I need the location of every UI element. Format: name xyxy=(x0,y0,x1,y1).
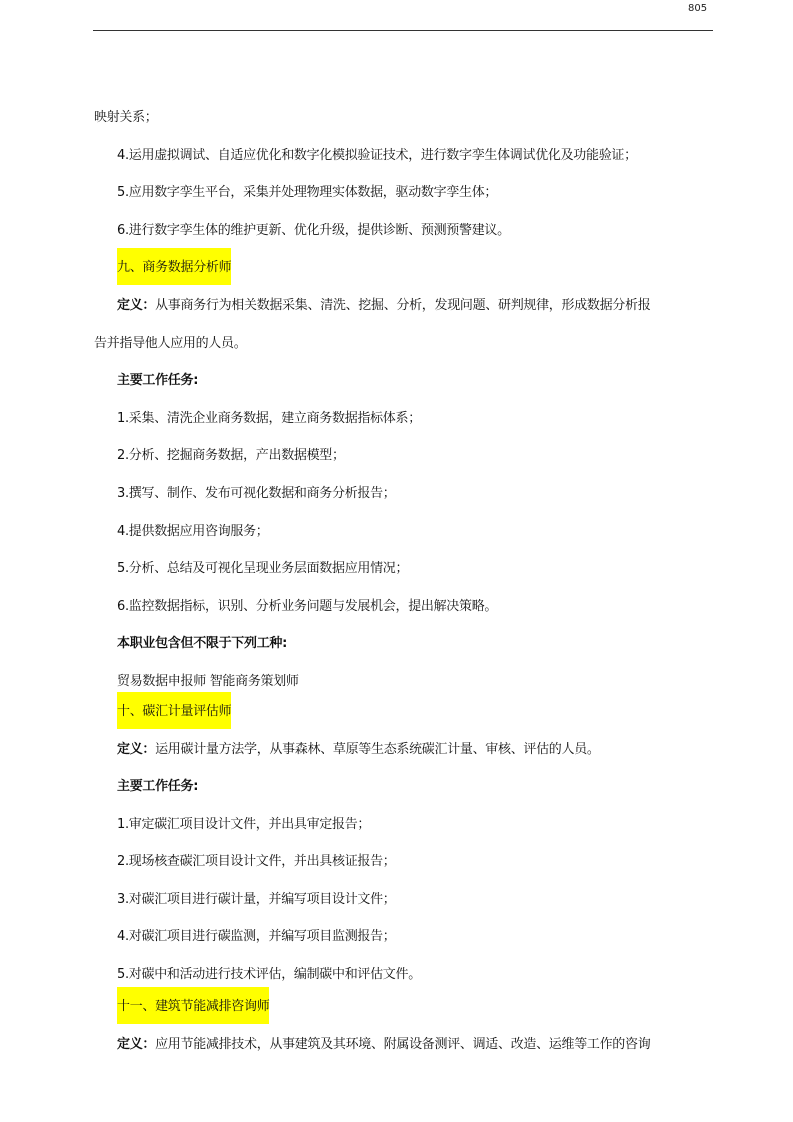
section9-task: 3.撰写、制作、发布可视化数据和商务分析报告； xyxy=(94,484,714,522)
section9-title: 九、商务数据分析师 xyxy=(117,248,231,285)
section10-task: 2.现场核查碳汇项目设计文件，并出具核证报告； xyxy=(94,852,714,890)
definition-label: 定义： xyxy=(117,742,155,757)
section10-definition: 定义：运用碳计量方法学，从事森林、草原等生态系统碳汇计量、审核、评估的人员。 xyxy=(94,740,714,778)
section9-task: 6.监控数据指标，识别、分析业务问题与发展机会，提出解决策略。 xyxy=(94,597,714,635)
section10-task: 3.对碳汇项目进行碳计量，并编写项目设计文件； xyxy=(94,890,714,928)
section10-heading-row: 十、碳汇计量评估师 xyxy=(94,702,714,740)
definition-text: 应用节能减排技术，从事建筑及其环境、附属设备测评、调适、改造、运维等工作的咨询 xyxy=(155,1037,650,1052)
header-rule xyxy=(93,30,713,31)
section10-task: 4.对碳汇项目进行碳监测，并编写项目监测报告； xyxy=(94,927,714,965)
section9-tasks-label: 主要工作任务: xyxy=(94,371,714,409)
section9-task: 2.分析、挖掘商务数据，产出数据模型； xyxy=(94,446,714,484)
section9-definition-cont: 告并指导他人应用的人员。 xyxy=(94,334,714,372)
section9-task: 1.采集、清洗企业商务数据，建立商务数据指标体系； xyxy=(94,409,714,447)
section11-definition: 定义：应用节能减排技术，从事建筑及其环境、附属设备测评、调适、改造、运维等工作的… xyxy=(94,1035,714,1073)
section9-definition: 定义：从事商务行为相关数据采集、清洗、挖掘、分析，发现问题、研判规律，形成数据分… xyxy=(94,296,714,334)
prev-task-5: 5.应用数字孪生平台，采集并处理物理实体数据，驱动数字孪生体； xyxy=(94,183,714,221)
section10-task: 1.审定碳汇项目设计文件，并出具审定报告； xyxy=(94,815,714,853)
continuation-text: 映射关系； xyxy=(94,108,714,146)
section11-heading-row: 十一、建筑节能减排咨询师 xyxy=(94,997,714,1035)
definition-label: 定义： xyxy=(117,1037,155,1052)
page-number: 805 xyxy=(688,3,707,14)
section9-includes-label: 本职业包含但不限于下列工种: xyxy=(94,634,714,672)
section9-task: 4.提供数据应用咨询服务； xyxy=(94,522,714,560)
definition-text: 从事商务行为相关数据采集、清洗、挖掘、分析，发现问题、研判规律，形成数据分析报 xyxy=(155,298,650,313)
definition-label: 定义： xyxy=(117,298,155,313)
section9-heading-row: 九、商务数据分析师 xyxy=(94,258,714,296)
document-body: 映射关系； 4.运用虚拟调试、自适应优化和数字化模拟验证技术，进行数字孪生体调试… xyxy=(94,108,714,1072)
section9-task: 5.分析、总结及可视化呈现业务层面数据应用情况； xyxy=(94,559,714,597)
section10-tasks-label: 主要工作任务: xyxy=(94,777,714,815)
section10-title: 十、碳汇计量评估师 xyxy=(117,692,231,729)
section11-title: 十一、建筑节能减排咨询师 xyxy=(117,987,269,1024)
prev-task-4: 4.运用虚拟调试、自适应优化和数字化模拟验证技术，进行数字孪生体调试优化及功能验… xyxy=(94,146,714,184)
definition-text: 运用碳计量方法学，从事森林、草原等生态系统碳汇计量、审核、评估的人员。 xyxy=(155,742,600,757)
